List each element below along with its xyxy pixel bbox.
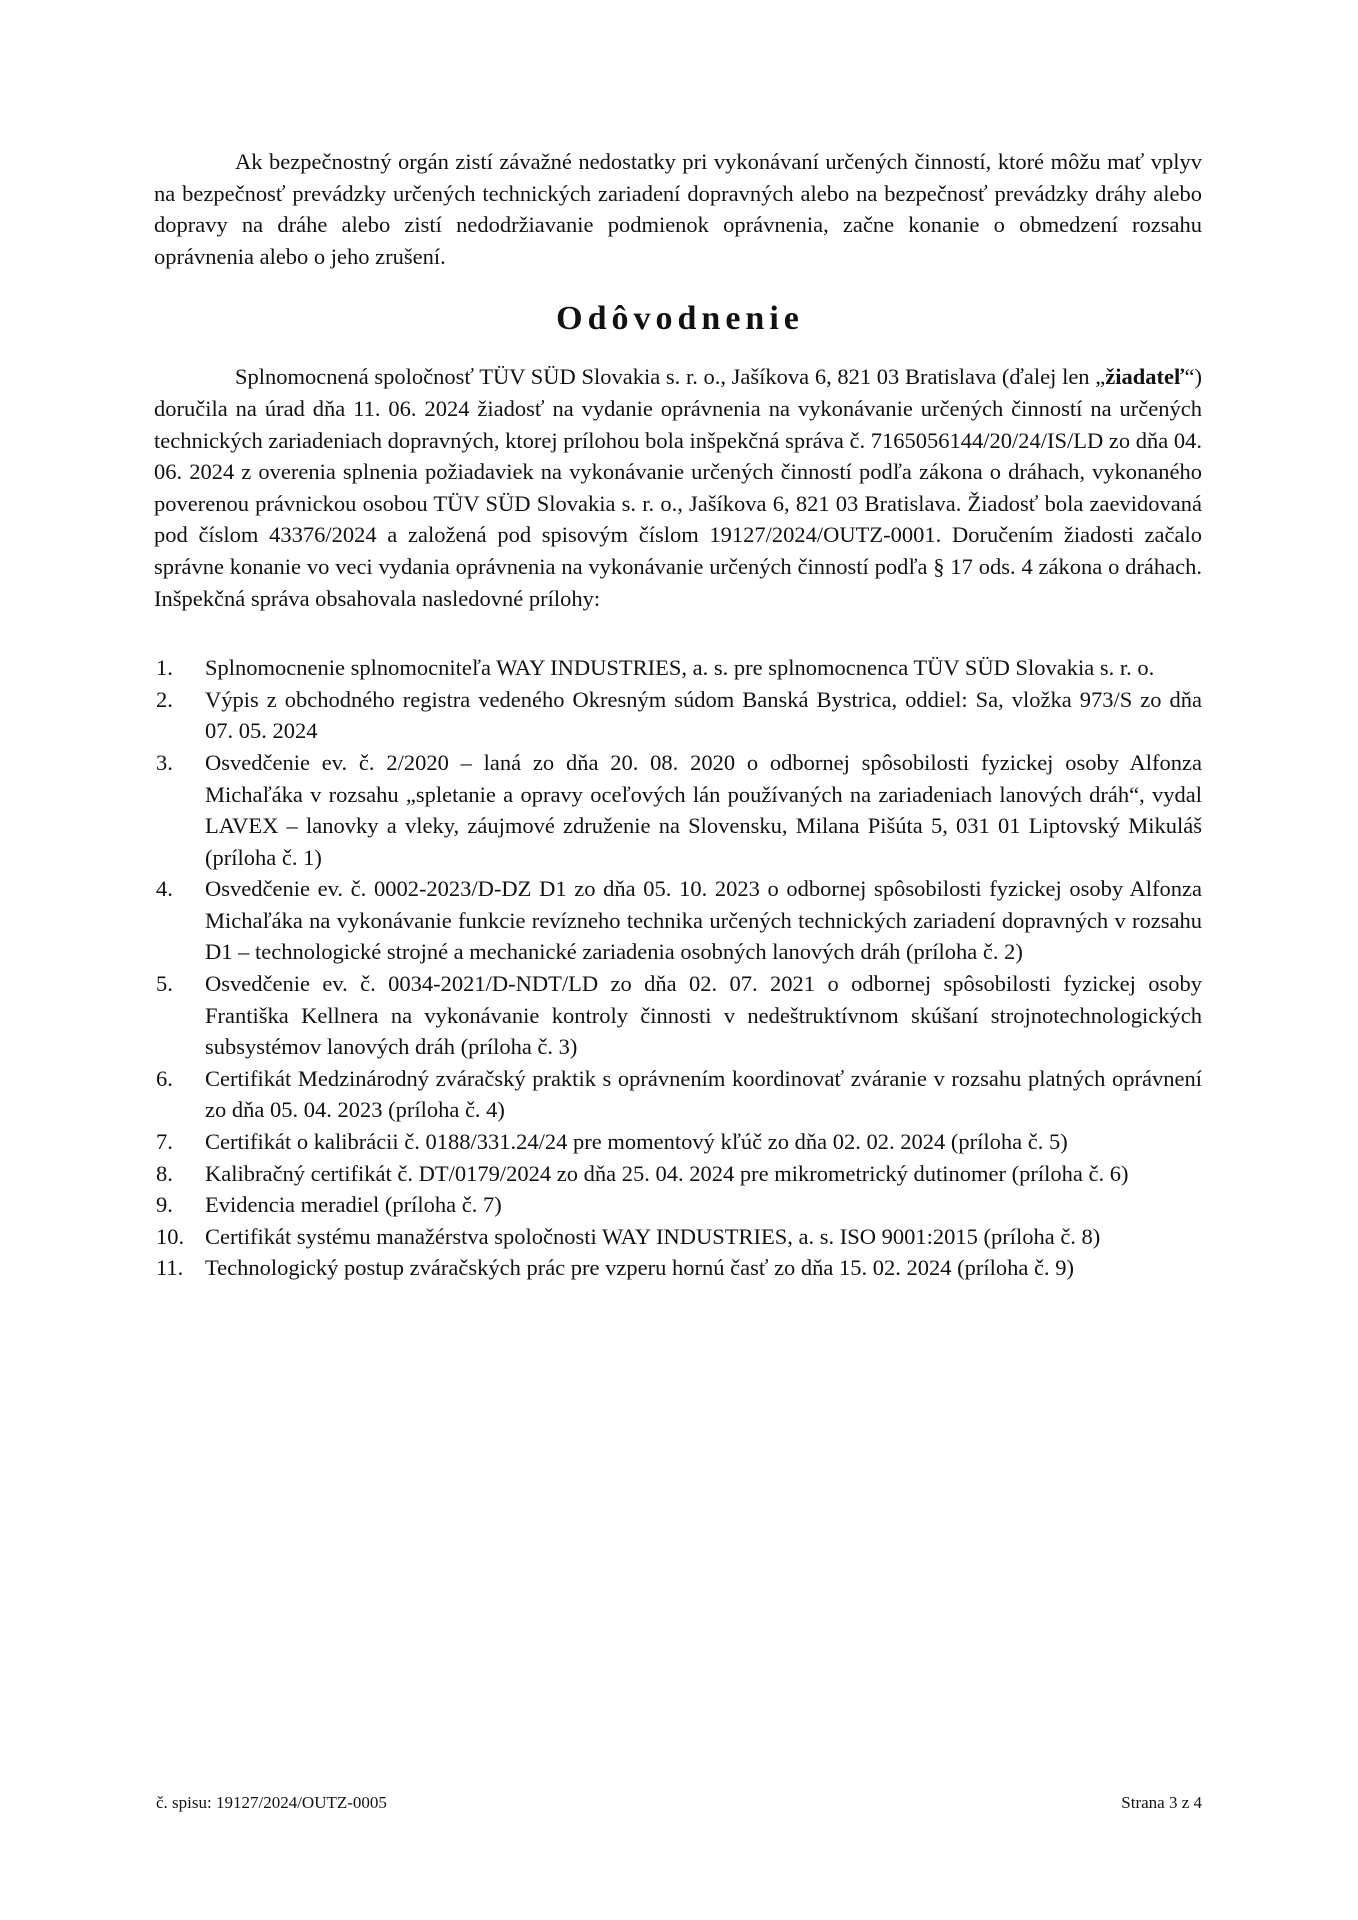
file-number: č. spisu: 19127/2024/OUTZ-0005 <box>156 1792 387 1814</box>
attachment-number: 7. <box>154 1126 205 1158</box>
attachment-number: 6. <box>154 1063 205 1095</box>
attachment-item: 1.Splnomocnenie splnomocniteľa WAY INDUS… <box>154 652 1202 684</box>
attachment-text: Osvedčenie ev. č. 2/2020 – laná zo dňa 2… <box>205 747 1202 873</box>
attachment-item: 10.Certifikát systému manažérstva spoloč… <box>154 1221 1202 1253</box>
attachment-item: 5.Osvedčenie ev. č. 0034-2021/D-NDT/LD z… <box>154 968 1202 1063</box>
attachment-number: 8. <box>154 1158 205 1190</box>
defined-term: žiadateľ <box>1105 364 1184 389</box>
attachment-number: 3. <box>154 747 205 779</box>
attachment-text: Certifikát Medzinárodný zváračský prakti… <box>205 1063 1202 1126</box>
attachment-item: 7.Certifikát o kalibrácii č. 0188/331.24… <box>154 1126 1202 1158</box>
attachment-number: 11. <box>154 1252 205 1284</box>
attachment-text: Technologický postup zváračských prác pr… <box>205 1252 1202 1284</box>
section-heading: Odôvodnenie <box>154 299 1202 339</box>
attachment-item: 9.Evidencia meradiel (príloha č. 7) <box>154 1189 1202 1221</box>
attachment-item: 2.Výpis z obchodného registra vedeného O… <box>154 684 1202 747</box>
page-footer: č. spisu: 19127/2024/OUTZ-0005 Strana 3 … <box>156 1792 1202 1814</box>
attachment-number: 2. <box>154 684 205 716</box>
attachment-number: 5. <box>154 968 205 1000</box>
intro-paragraph: Ak bezpečnostný orgán zistí závažné nedo… <box>154 146 1202 272</box>
attachment-number: 4. <box>154 873 205 905</box>
page-content: Ak bezpečnostný orgán zistí závažné nedo… <box>154 146 1202 1284</box>
attachment-item: 8.Kalibračný certifikát č. DT/0179/2024 … <box>154 1158 1202 1190</box>
attachment-text: Certifikát systému manažérstva spoločnos… <box>205 1221 1202 1253</box>
attachment-item: 3.Osvedčenie ev. č. 2/2020 – laná zo dňa… <box>154 747 1202 873</box>
attachment-text: Splnomocnenie splnomocniteľa WAY INDUSTR… <box>205 652 1202 684</box>
attachment-item: 11.Technologický postup zváračských prác… <box>154 1252 1202 1284</box>
document-page: Ak bezpečnostný orgán zistí závažné nedo… <box>0 0 1358 1920</box>
reasoning-paragraph: Splnomocnená spoločnosť TÜV SÜD Slovakia… <box>154 361 1202 614</box>
reasoning-text-start: Splnomocnená spoločnosť TÜV SÜD Slovakia… <box>235 364 1105 389</box>
attachment-number: 10. <box>154 1221 205 1253</box>
attachment-item: 6.Certifikát Medzinárodný zváračský prak… <box>154 1063 1202 1126</box>
attachment-text: Výpis z obchodného registra vedeného Okr… <box>205 684 1202 747</box>
attachment-number: 9. <box>154 1189 205 1221</box>
attachment-text: Certifikát o kalibrácii č. 0188/331.24/2… <box>205 1126 1202 1158</box>
attachment-number: 1. <box>154 652 205 684</box>
attachment-item: 4.Osvedčenie ev. č. 0002-2023/D-DZ D1 zo… <box>154 873 1202 968</box>
attachment-text: Kalibračný certifikát č. DT/0179/2024 zo… <box>205 1158 1202 1190</box>
attachment-text: Osvedčenie ev. č. 0002-2023/D-DZ D1 zo d… <box>205 873 1202 968</box>
page-indicator: Strana 3 z 4 <box>1121 1792 1202 1814</box>
attachments-list: 1.Splnomocnenie splnomocniteľa WAY INDUS… <box>154 652 1202 1284</box>
attachment-text: Evidencia meradiel (príloha č. 7) <box>205 1189 1202 1221</box>
attachment-text: Osvedčenie ev. č. 0034-2021/D-NDT/LD zo … <box>205 968 1202 1063</box>
reasoning-text-end: “) doručila na úrad dňa 11. 06. 2024 žia… <box>154 364 1202 610</box>
